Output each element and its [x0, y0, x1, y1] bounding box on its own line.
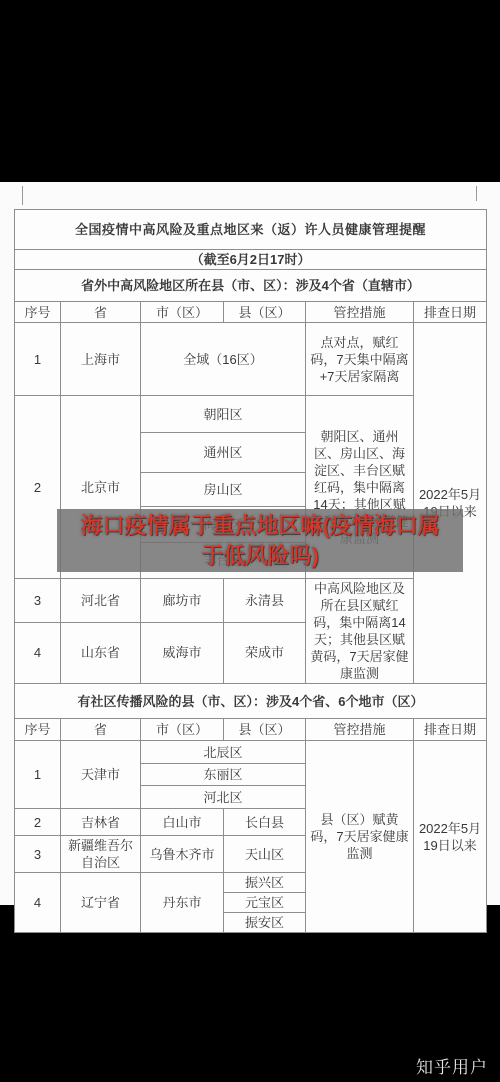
section1-header-row: 省外中高风险地区所在县（市、区）：涉及4个省（直辖市）	[15, 270, 487, 302]
t1-hebei-city: 廊坊市	[141, 579, 224, 623]
t2-xinjiang-province: 新疆维吾尔自治区	[61, 836, 141, 873]
zhihu-user-watermark: 知乎用户	[416, 1053, 488, 1078]
t1-date-range: 2022年5月19日以来	[414, 323, 487, 684]
t2-liaoning-district-3: 振安区	[224, 913, 306, 933]
caption-overlay-band: 海口疫情属于重点地区嘛(疫情海口属 于低风险吗)	[57, 509, 463, 572]
t2-liaoning-district-2: 元宝区	[224, 893, 306, 913]
caption-text: 海口疫情属于重点地区嘛(疫情海口属 于低风险吗)	[80, 511, 439, 571]
t2-tianjin-district-3: 河北区	[141, 786, 306, 809]
t2-xinjiang-county: 天山区	[224, 836, 306, 873]
t1-hebei-shandong-measure: 中高风险地区及所在县区赋红码，集中隔离14天；其他县区赋黄码，7天居家健康监测	[306, 579, 414, 684]
t2-xinjiang-city: 乌鲁木齐市	[141, 836, 224, 873]
t2-measure: 县（区）赋黄码，7天居家健康监测	[306, 741, 414, 933]
t1-shanghai-area: 全域（16区）	[141, 323, 306, 396]
t2-jilin-province: 吉林省	[61, 809, 141, 836]
t1-column-header-row: 序号 省 市（区） 县（区） 管控措施 排查日期	[15, 302, 487, 323]
caption-line-2: 于低风险吗)	[201, 543, 318, 568]
t2-col-county: 县（区）	[224, 719, 306, 741]
t1-shandong-province: 山东省	[61, 622, 141, 683]
caption-line-1: 海口疫情属于重点地区嘛(疫情海口属	[80, 513, 439, 538]
t1-shandong-city: 威海市	[141, 622, 224, 683]
t1-hebei-county: 永清县	[224, 579, 306, 623]
t2-tianjin-district-2: 东丽区	[141, 764, 306, 786]
section2-header-row: 有社区传播风险的县（市、区）：涉及4个省、6个地市（区）	[15, 684, 487, 719]
section1-title: 省外中高风险地区所在县（市、区）：涉及4个省（直辖市）	[15, 270, 487, 302]
t1-row-shanghai: 1 上海市 全域（16区） 点对点，赋红码，7天集中隔离+7天居家隔离 2022…	[15, 323, 487, 396]
t2-liaoning-seq: 4	[15, 873, 61, 933]
t2-liaoning-district-1: 振兴区	[224, 873, 306, 893]
t1-col-province: 省	[61, 302, 141, 323]
t2-col-seq: 序号	[15, 719, 61, 741]
t2-row-tianjin-1: 1 天津市 北辰区 县（区）赋黄码，7天居家健康监测 2022年5月19日以来	[15, 741, 487, 764]
t2-col-city: 市（区）	[141, 719, 224, 741]
t1-col-seq: 序号	[15, 302, 61, 323]
table-title-row: 全国疫情中高风险及重点地区来（返）许人员健康管理提醒	[15, 210, 487, 250]
t2-column-header-row: 序号 省 市（区） 县（区） 管控措施 排查日期	[15, 719, 487, 741]
t2-col-date: 排查日期	[414, 719, 487, 741]
t2-jilin-city: 白山市	[141, 809, 224, 836]
t2-liaoning-city: 丹东市	[141, 873, 224, 933]
t1-col-measure: 管控措施	[306, 302, 414, 323]
t2-date-range: 2022年5月19日以来	[414, 741, 487, 933]
t2-col-province: 省	[61, 719, 141, 741]
t1-shanghai-province: 上海市	[61, 323, 141, 396]
t1-hebei-seq: 3	[15, 579, 61, 623]
crop-tick-right	[476, 186, 477, 201]
t2-jilin-county: 长白县	[224, 809, 306, 836]
t1-shandong-county: 荣成市	[224, 622, 306, 683]
t1-beijing-seq: 2	[15, 396, 61, 579]
t2-liaoning-province: 辽宁省	[61, 873, 141, 933]
section2-title: 有社区传播风险的县（市、区）：涉及4个省、6个地市（区）	[15, 684, 487, 719]
t1-col-date: 排查日期	[414, 302, 487, 323]
t1-col-county: 县（区）	[224, 302, 306, 323]
t1-beijing-district-1: 朝阳区	[141, 396, 306, 433]
t2-tianjin-district-1: 北辰区	[141, 741, 306, 764]
t1-col-city: 市（区）	[141, 302, 224, 323]
t2-col-measure: 管控措施	[306, 719, 414, 741]
t1-beijing-district-2: 通州区	[141, 433, 306, 473]
t2-jilin-seq: 2	[15, 809, 61, 836]
table-subtitle: （截至6月2日17时）	[15, 250, 487, 270]
crop-tick-left	[22, 186, 23, 205]
t1-shandong-seq: 4	[15, 622, 61, 683]
t1-shanghai-seq: 1	[15, 323, 61, 396]
t1-shanghai-measure: 点对点，赋红码，7天集中隔离+7天居家隔离	[306, 323, 414, 396]
table-title: 全国疫情中高风险及重点地区来（返）许人员健康管理提醒	[15, 210, 487, 250]
t2-xinjiang-seq: 3	[15, 836, 61, 873]
screenshot-frame: 全国疫情中高风险及重点地区来（返）许人员健康管理提醒 （截至6月2日17时） 省…	[0, 0, 500, 1082]
t1-beijing-district-3: 房山区	[141, 473, 306, 507]
t1-hebei-province: 河北省	[61, 579, 141, 623]
table-subtitle-row: （截至6月2日17时）	[15, 250, 487, 270]
t2-tianjin-seq: 1	[15, 741, 61, 809]
t2-tianjin-province: 天津市	[61, 741, 141, 809]
